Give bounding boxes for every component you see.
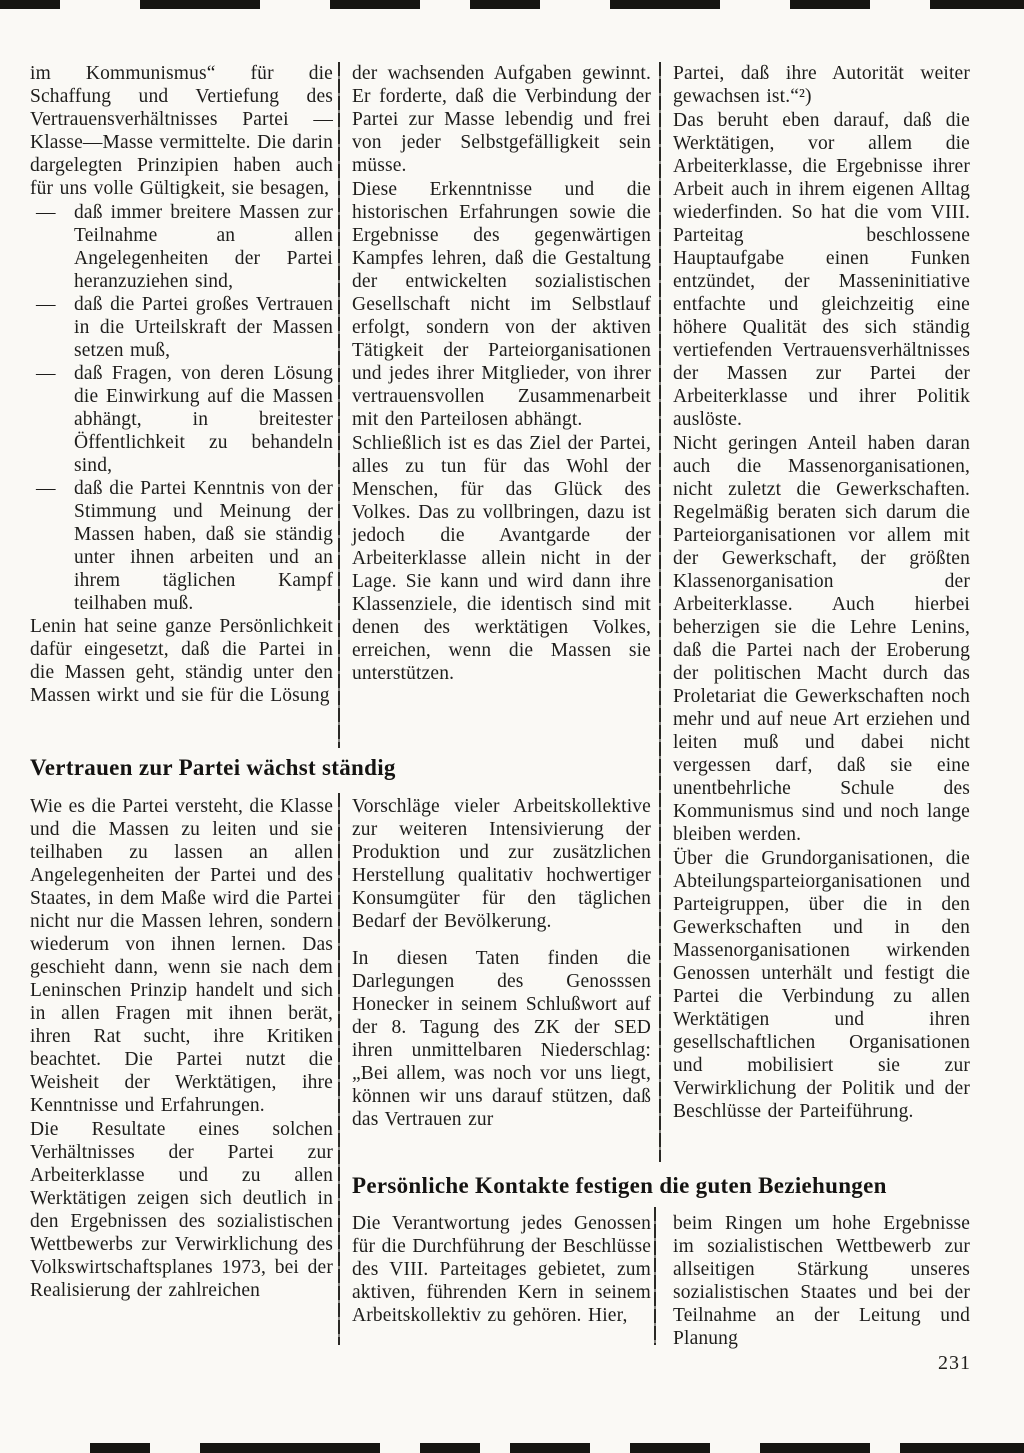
- list-dash: —: [36, 293, 56, 316]
- list-dash: —: [36, 201, 56, 224]
- column-rule: [338, 793, 340, 1345]
- column-rule: [659, 62, 661, 1162]
- scan-mark: [930, 0, 1024, 9]
- scan-mark: [0, 0, 60, 9]
- scan-mark: [790, 0, 870, 9]
- section1-middle-column: Vorschläge vieler Arbeitskollektive zur …: [352, 795, 651, 1132]
- scan-mark: [630, 1443, 710, 1453]
- paragraph: der wachsenden Aufgaben gewinnt. Er ford…: [352, 62, 651, 177]
- section1-left-column: Wie es die Partei versteht, die Klasse u…: [30, 795, 333, 1303]
- list-item-text: daß Fragen, von deren Lösung die Einwirk…: [74, 363, 333, 476]
- paragraph: Die Resultate eines solchen Verhältnisse…: [30, 1118, 333, 1302]
- list-item: — daß Fragen, von deren Lösung die Einwi…: [30, 362, 333, 477]
- scanned-document-page: im Kommunismus“ für die Schaffung und Ve…: [0, 0, 1024, 1453]
- paragraph: Lenin hat seine ganze Persönlichkeit daf…: [30, 615, 333, 707]
- scan-mark: [90, 1443, 150, 1453]
- page-number: 231: [938, 1352, 971, 1375]
- paragraph: In diesen Taten finden die Darlegungen d…: [352, 947, 651, 1131]
- paragraph: Wie es die Partei versteht, die Klasse u…: [30, 795, 333, 1117]
- list-item: — daß immer breitere Massen zur Teilnahm…: [30, 201, 333, 293]
- column-rule: [338, 62, 340, 748]
- list-dash: —: [36, 477, 56, 500]
- top-middle-column: der wachsenden Aufgaben gewinnt. Er ford…: [352, 62, 651, 686]
- scan-mark: [330, 0, 420, 9]
- list-item-text: daß die Partei großes Vertrauen in die U…: [74, 294, 333, 361]
- section2-right-column: beim Ringen um hohe Ergebnisse im sozial…: [673, 1212, 970, 1351]
- paragraph: Das beruht eben darauf, daß die Werktäti…: [673, 109, 970, 431]
- top-left-column: im Kommunismus“ für die Schaffung und Ve…: [30, 62, 333, 708]
- paragraph: im Kommunismus“ für die Schaffung und Ve…: [30, 62, 333, 200]
- paragraph: Vorschläge vieler Arbeitskollektive zur …: [352, 795, 651, 933]
- scan-mark: [420, 1443, 480, 1453]
- list-item: — daß die Partei Kenntnis von der Stimmu…: [30, 477, 333, 615]
- paragraph: Nicht geringen Anteil haben daran auch d…: [673, 432, 970, 846]
- scan-mark: [900, 1443, 1024, 1453]
- section-heading-kontakte: Persönliche Kontakte festigen die guten …: [352, 1173, 887, 1199]
- right-column: Partei, daß ihre Autorität weiter gewach…: [673, 62, 970, 1124]
- paragraph: Die Verantwortung jedes Genossen für die…: [352, 1212, 651, 1327]
- scan-mark: [510, 1443, 590, 1453]
- paragraph: Partei, daß ihre Autorität weiter gewach…: [673, 62, 970, 108]
- paragraph: beim Ringen um hohe Ergebnisse im sozial…: [673, 1212, 970, 1350]
- paragraph: Schließlich ist es das Ziel der Partei, …: [352, 432, 651, 685]
- paragraph: Diese Erkenntnisse und die historischen …: [352, 178, 651, 431]
- list-dash: —: [36, 362, 56, 385]
- scan-mark: [200, 1443, 380, 1453]
- section2-left-column: Die Verantwortung jedes Genossen für die…: [352, 1212, 651, 1328]
- list-item-text: daß die Partei Kenntnis von der Stimmung…: [74, 478, 333, 614]
- paragraph: Über die Grundorganisationen, die Abteil…: [673, 847, 970, 1123]
- scan-mark: [140, 0, 260, 9]
- column-rule: [654, 1207, 656, 1345]
- section-heading-vertrauen: Vertrauen zur Partei wächst ständig: [30, 755, 396, 781]
- list-item-text: daß immer breitere Massen zur Teilnahme …: [74, 202, 333, 292]
- scan-mark: [470, 0, 540, 9]
- list-item: — daß die Partei großes Vertrauen in die…: [30, 293, 333, 362]
- scan-mark: [760, 1443, 870, 1453]
- scan-mark: [610, 0, 720, 9]
